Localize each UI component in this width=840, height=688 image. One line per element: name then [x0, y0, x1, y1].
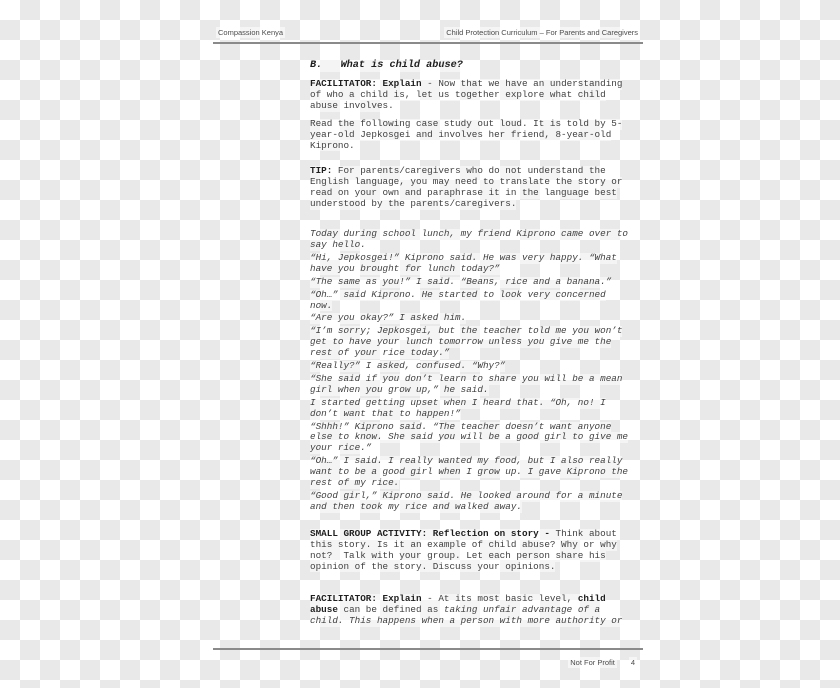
text-segment: taking unfair advantage of a: [444, 604, 600, 615]
text-segment: child. This happens when a person with m…: [310, 615, 622, 626]
text-segment: “Really?” I asked, confused. “Why?”: [310, 360, 505, 371]
text-segment: girl when you grow up,” he said.: [310, 384, 489, 395]
text-segment: abuse: [310, 604, 338, 615]
text-segment: else to know. She said you will be a goo…: [310, 431, 628, 442]
text-line: rest of your rice today.”: [310, 348, 449, 359]
paragraph-story: “Really?” I asked, confused. “Why?”: [310, 361, 644, 372]
text-line: “The same as you!” I said. “Beans, rice …: [310, 277, 611, 288]
text-segment: child: [578, 593, 606, 604]
text-segment: Kiprono.: [310, 140, 355, 151]
text-segment: “Oh…” I said. I really wanted my food, b…: [310, 455, 622, 466]
text-line: “Really?” I asked, confused. “Why?”: [310, 361, 505, 372]
text-segment: “The same as you!” I said. “Beans, rice …: [310, 276, 611, 287]
text-segment: “Are you okay?” I asked him.: [310, 312, 466, 323]
text-line: child. This happens when a person with m…: [310, 616, 622, 627]
page-header: Compassion Kenya Child Protection Curric…: [213, 27, 643, 44]
text-segment: and then took my rice and walked away.: [310, 501, 522, 512]
text-segment: “Hi, Jepkosgei!” Kiprono said. He was ve…: [310, 252, 617, 263]
text-segment: get to have your lunch tomorrow unless y…: [310, 336, 611, 347]
text-line: Kiprono.: [310, 141, 355, 152]
text-line: year-old Jepkosgei and involves her frie…: [310, 130, 611, 141]
text-segment: SMALL GROUP ACTIVITY: Reflection on stor…: [310, 528, 550, 539]
text-segment: opinion of the story. Discuss your opini…: [310, 561, 555, 572]
paragraph-tip: TIP: For parents/caregivers who do not u…: [310, 166, 644, 210]
footer-label: Not For Profit: [568, 657, 617, 668]
paragraph-story: “I’m sorry; Jepkosgei, but the teacher t…: [310, 326, 644, 359]
text-segment: “Good girl,” Kiprono said. He looked aro…: [310, 490, 622, 501]
text-line: rest of my rice.: [310, 478, 399, 489]
text-segment: English language, you may need to transl…: [310, 176, 622, 187]
text-line: don’t want that to happen!”: [310, 409, 461, 420]
paragraph-facilitator: FACILITATOR: Explain - Now that we have …: [310, 79, 644, 112]
paragraph-story: “Shhh!” Kiprono said. “The teacher doesn…: [310, 422, 644, 455]
text-segment: “She said if you don’t learn to share yo…: [310, 373, 622, 384]
paragraph-story: I started getting upset when I heard tha…: [310, 398, 644, 420]
text-segment: rest of my rice.: [310, 477, 399, 488]
document-body: B. What is child abuse?FACILITATOR: Expl…: [310, 60, 644, 627]
page-background: Compassion Kenya Child Protection Curric…: [0, 0, 840, 688]
text-segment: - Now that we have an understanding: [422, 78, 623, 89]
text-segment: can be defined as: [338, 604, 444, 615]
text-segment: want to be a good girl when I grow up. I…: [310, 466, 628, 477]
text-segment: “I’m sorry; Jepkosgei, but the teacher t…: [310, 325, 622, 336]
text-segment: Think about: [550, 528, 617, 539]
text-segment: For parents/caregivers who do not unders…: [332, 165, 605, 176]
text-line: abuse involves.: [310, 101, 394, 112]
text-segment: say hello.: [310, 239, 366, 250]
paragraph-plain: Read the following case study out loud. …: [310, 119, 644, 152]
text-segment: abuse involves.: [310, 100, 394, 111]
text-segment: “Shhh!” Kiprono said. “The teacher doesn…: [310, 421, 611, 432]
text-line: have you brought for lunch today?”: [310, 264, 500, 275]
paragraph-story: “The same as you!” I said. “Beans, rice …: [310, 277, 644, 288]
text-line: opinion of the story. Discuss your opini…: [310, 562, 555, 573]
paragraph-activity: SMALL GROUP ACTIVITY: Reflection on stor…: [310, 529, 644, 573]
text-segment: rest of your rice today.”: [310, 347, 449, 358]
text-line: girl when you grow up,” he said.: [310, 385, 489, 396]
page-number: 4: [629, 657, 637, 668]
text-line: now.: [310, 301, 332, 312]
text-segment: read on your own and paraphrase it in th…: [310, 187, 617, 198]
text-segment: of who a child is, let us together explo…: [310, 89, 606, 100]
paragraph-story: Today during school lunch, my friend Kip…: [310, 229, 644, 251]
text-segment: not? Talk with your group. Let each pers…: [310, 550, 606, 561]
paragraph-story: “Good girl,” Kiprono said. He looked aro…: [310, 491, 644, 513]
text-segment: your rice.”: [310, 442, 371, 453]
text-segment: I started getting upset when I heard tha…: [310, 397, 606, 408]
text-segment: “Oh…” said Kiprono. He started to look v…: [310, 289, 606, 300]
text-segment: this story. Is it an example of child ab…: [310, 539, 617, 550]
text-line: “Are you okay?” I asked him.: [310, 313, 466, 324]
text-segment: B. What is child abuse?: [310, 60, 463, 71]
text-line: “Oh…” said Kiprono. He started to look v…: [310, 290, 606, 301]
paragraph-heading: B. What is child abuse?: [310, 60, 644, 72]
text-segment: understood by the parents/caregivers.: [310, 198, 516, 209]
paragraph-story: “Are you okay?” I asked him.: [310, 313, 644, 324]
text-segment: have you brought for lunch today?”: [310, 263, 500, 274]
header-left-text: Compassion Kenya: [216, 27, 285, 38]
paragraph-story: “Oh…” I said. I really wanted my food, b…: [310, 456, 644, 489]
paragraph-facilitator-end: FACILITATOR: Explain - At its most basic…: [310, 594, 644, 627]
text-line: understood by the parents/caregivers.: [310, 199, 516, 210]
text-segment: don’t want that to happen!”: [310, 408, 461, 419]
text-line: your rice.”: [310, 443, 371, 454]
paragraph-story: “Hi, Jepkosgei!” Kiprono said. He was ve…: [310, 253, 644, 275]
paragraph-story: “Oh…” said Kiprono. He started to look v…: [310, 290, 644, 312]
text-segment: now.: [310, 300, 332, 311]
text-line: B. What is child abuse?: [310, 60, 463, 72]
text-line: say hello.: [310, 240, 366, 251]
text-segment: FACILITATOR: Explain: [310, 78, 422, 89]
text-segment: FACILITATOR: Explain: [310, 593, 422, 604]
text-segment: Read the following case study out loud. …: [310, 118, 622, 129]
header-right-text: Child Protection Curriculum – For Parent…: [444, 27, 640, 38]
text-segment: year-old Jepkosgei and involves her frie…: [310, 129, 611, 140]
text-segment: Today during school lunch, my friend Kip…: [310, 228, 628, 239]
text-segment: - At its most basic level,: [422, 593, 578, 604]
text-line: and then took my rice and walked away.: [310, 502, 522, 513]
text-segment: TIP:: [310, 165, 332, 176]
page-footer: Not For Profit4: [213, 648, 643, 667]
paragraph-story: “She said if you don’t learn to share yo…: [310, 374, 644, 396]
